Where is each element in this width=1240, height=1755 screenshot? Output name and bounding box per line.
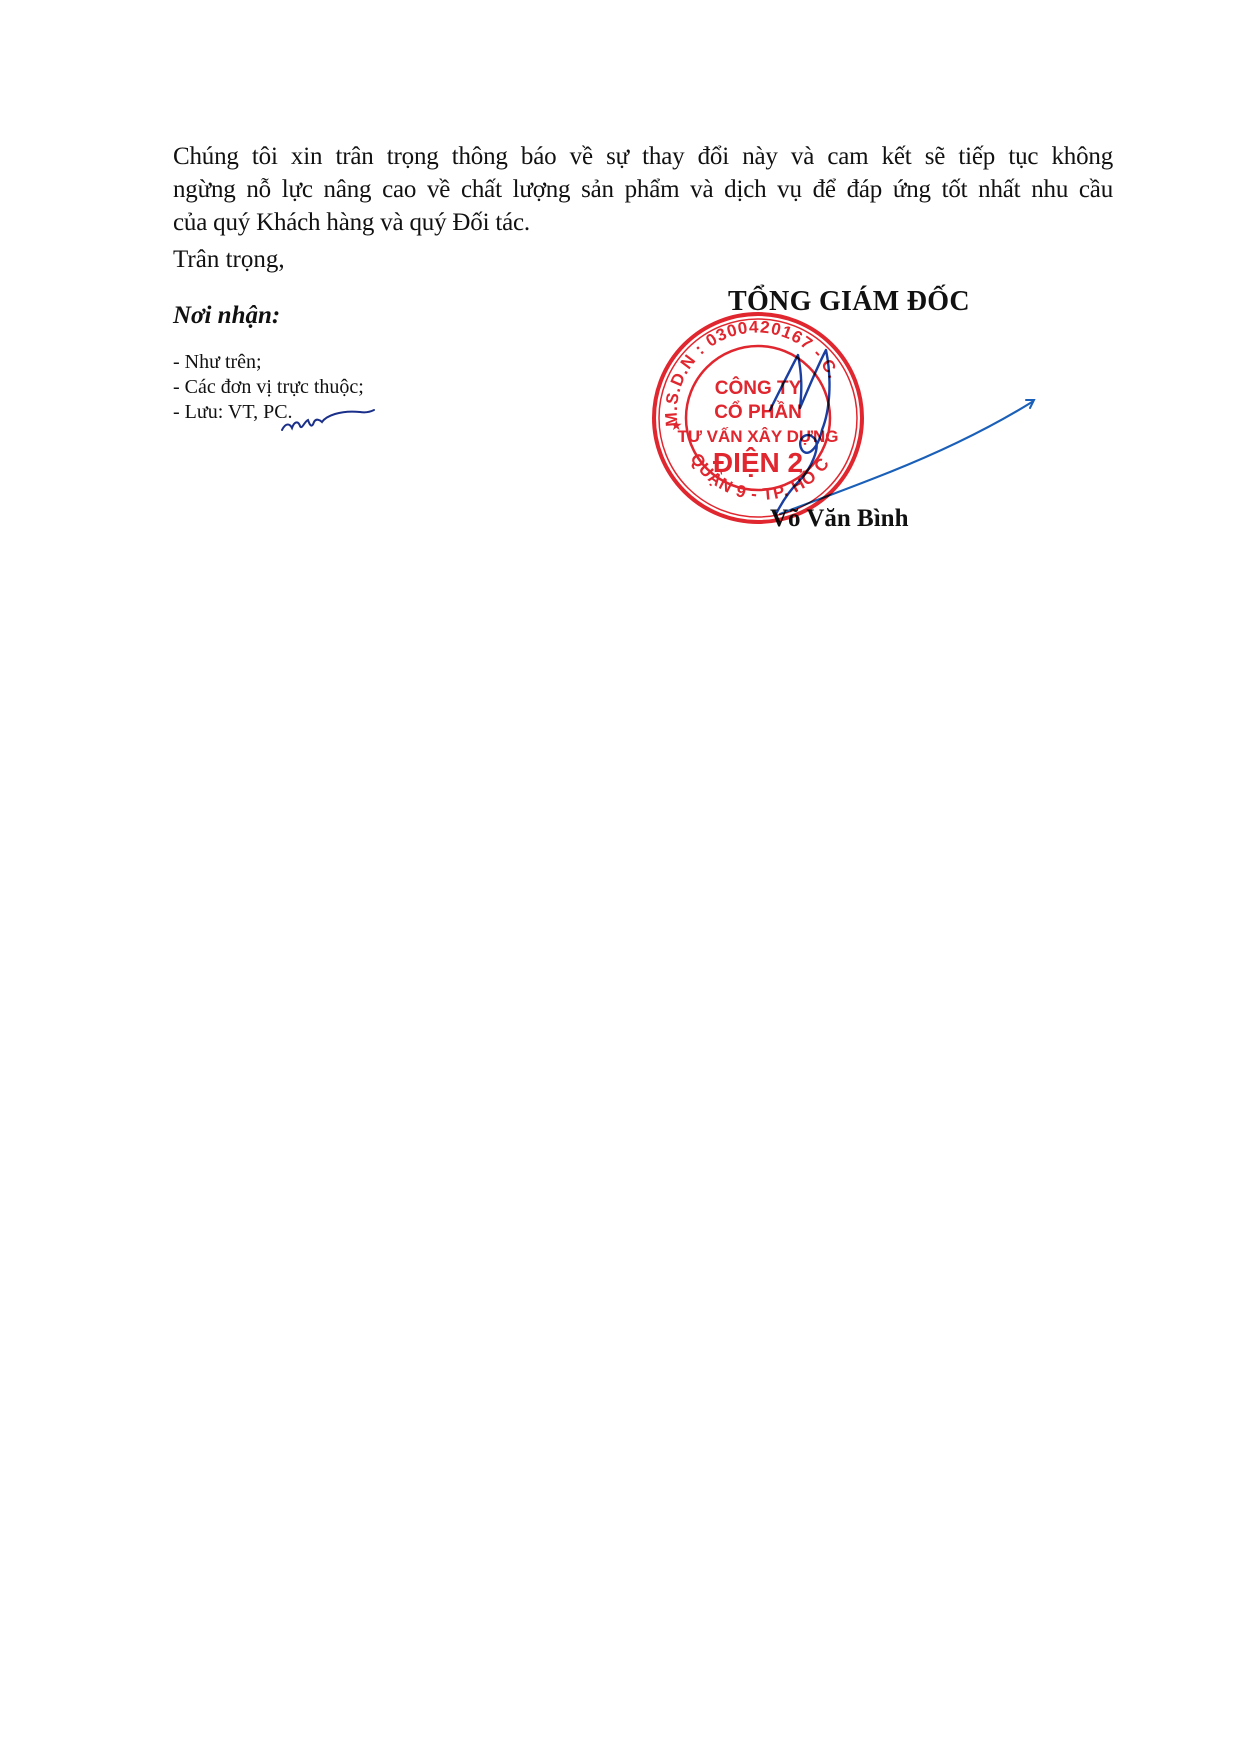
- document-page: Chúng tôi xin trân trọng thông báo về sự…: [0, 0, 1240, 1755]
- handwritten-signature: [740, 330, 1060, 530]
- recipients-title: Nơi nhận:: [173, 302, 280, 330]
- closing-salutation: Trân trọng,: [173, 245, 285, 275]
- body-paragraph: Chúng tôi xin trân trọng thông báo về sự…: [173, 140, 1113, 239]
- body-line: ngừng nỗ lực nâng cao về chất lượng sản …: [173, 173, 1113, 206]
- body-line: của quý Khách hàng và quý Đối tác.: [173, 206, 1113, 239]
- recipient-item: - Các đơn vị trực thuộc;: [173, 375, 364, 400]
- initials-mark: [280, 400, 380, 440]
- recipient-item: - Như trên;: [173, 350, 364, 375]
- body-line: Chúng tôi xin trân trọng thông báo về sự…: [173, 140, 1113, 173]
